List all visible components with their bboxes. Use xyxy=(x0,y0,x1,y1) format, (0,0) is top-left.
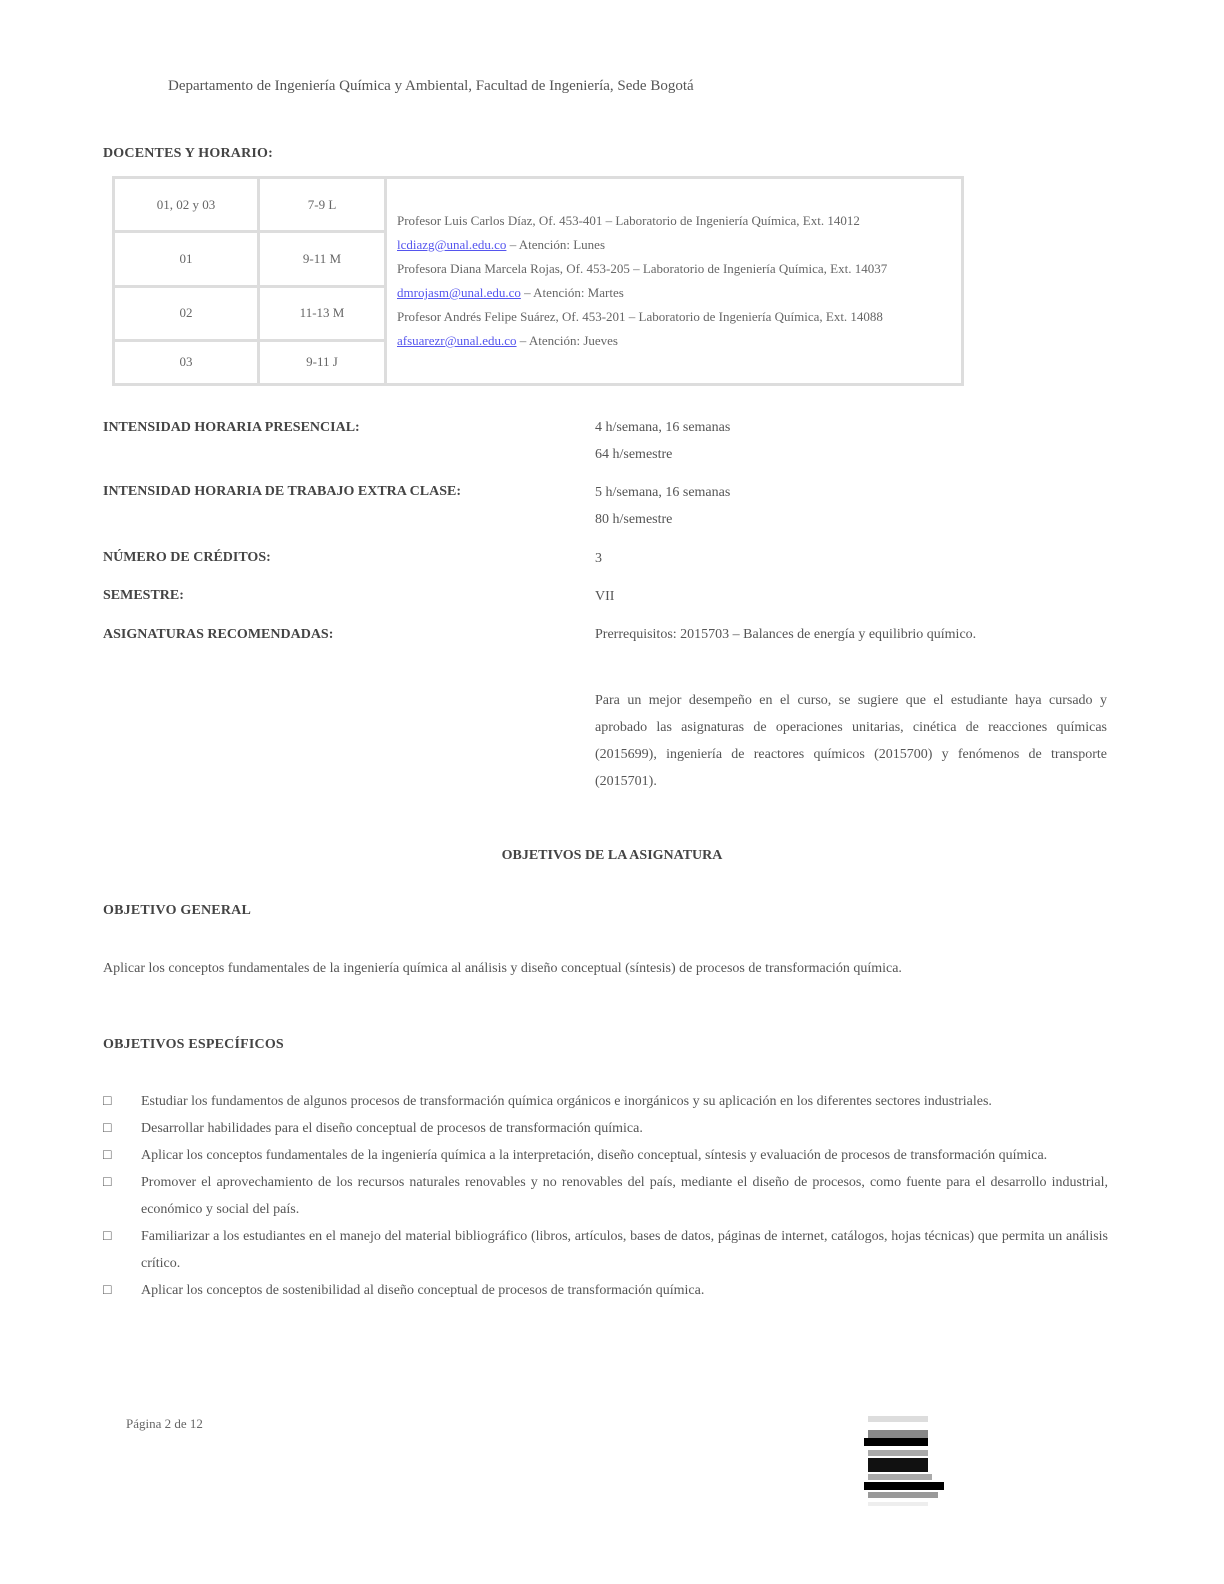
field-value: 4 h/semana, 16 semanas64 h/semestre xyxy=(595,414,730,468)
field-label: ASIGNATURAS RECOMENDADAS: xyxy=(103,627,333,643)
profesores-cell: Profesor Luis Carlos Díaz, Of. 453-401 –… xyxy=(386,178,963,385)
field-label: INTENSIDAD HORARIA DE TRABAJO EXTRA CLAS… xyxy=(103,484,461,500)
field-value: 3 xyxy=(595,545,602,572)
list-item: □Desarrollar habilidades para el diseño … xyxy=(103,1115,1108,1142)
field-label: SEMESTRE: xyxy=(103,588,184,604)
grupo-cell: 02 xyxy=(114,286,259,340)
list-item: □Aplicar los conceptos de sostenibilidad… xyxy=(103,1277,1108,1304)
list-item: □Aplicar los conceptos fundamentales de … xyxy=(103,1142,1108,1169)
checkbox-bullet-icon: □ xyxy=(103,1115,111,1142)
grupo-cell: 01, 02 y 03 xyxy=(114,178,259,232)
email-link[interactable]: dmrojasm@unal.edu.co xyxy=(397,285,521,300)
email-link[interactable]: lcdiazg@unal.edu.co xyxy=(397,237,506,252)
field-value: Prerrequisitos: 2015703 – Balances de en… xyxy=(595,621,1107,648)
docentes-table: 01, 02 y 03 7-9 L Profesor Luis Carlos D… xyxy=(112,176,964,386)
university-logo-icon xyxy=(862,1412,952,1512)
profesor-entry: Profesor Luis Carlos Díaz, Of. 453-401 –… xyxy=(397,209,951,257)
field-value: 5 h/semana, 16 semanas80 h/semestre xyxy=(595,479,730,533)
checkbox-bullet-icon: □ xyxy=(103,1142,111,1169)
checkbox-bullet-icon: □ xyxy=(103,1223,111,1250)
checkbox-bullet-icon: □ xyxy=(103,1088,111,1115)
recomendacion-text: Para un mejor desempeño en el curso, se … xyxy=(595,687,1107,795)
profesor-entry: Profesor Andrés Felipe Suárez, Of. 453-2… xyxy=(397,305,951,353)
objetivos-title: OBJETIVOS DE LA ASIGNATURA xyxy=(0,848,1224,864)
list-item: □Familiarizar a los estudiantes en el ma… xyxy=(103,1223,1108,1277)
objetivos-especificos-label: OBJETIVOS ESPECÍFICOS xyxy=(103,1037,284,1053)
email-link[interactable]: afsuarezr@unal.edu.co xyxy=(397,333,517,348)
objetivo-general-label: OBJETIVO GENERAL xyxy=(103,903,251,919)
horario-cell: 7-9 L xyxy=(259,178,386,232)
horario-cell: 9-11 M xyxy=(259,232,386,286)
field-label: NÚMERO DE CRÉDITOS: xyxy=(103,550,271,566)
checkbox-bullet-icon: □ xyxy=(103,1277,111,1304)
grupo-cell: 03 xyxy=(114,340,259,384)
profesor-entry: Profesora Diana Marcela Rojas, Of. 453-2… xyxy=(397,257,951,305)
document-header: Departamento de Ingeniería Química y Amb… xyxy=(168,78,694,95)
docentes-label: DOCENTES Y HORARIO: xyxy=(103,146,273,162)
checkbox-bullet-icon: □ xyxy=(103,1169,111,1196)
objetivo-general-text: Aplicar los conceptos fundamentales de l… xyxy=(103,955,1108,982)
horario-cell: 11-13 M xyxy=(259,286,386,340)
field-value: VII xyxy=(595,583,614,610)
horario-cell: 9-11 J xyxy=(259,340,386,384)
page-number: Página 2 de 12 xyxy=(126,1416,203,1432)
grupo-cell: 01 xyxy=(114,232,259,286)
objetivos-list: □Estudiar los fundamentos de algunos pro… xyxy=(103,1088,1108,1304)
field-label: INTENSIDAD HORARIA PRESENCIAL: xyxy=(103,420,360,436)
list-item: □Promover el aprovechamiento de los recu… xyxy=(103,1169,1108,1223)
list-item: □Estudiar los fundamentos de algunos pro… xyxy=(103,1088,1108,1115)
